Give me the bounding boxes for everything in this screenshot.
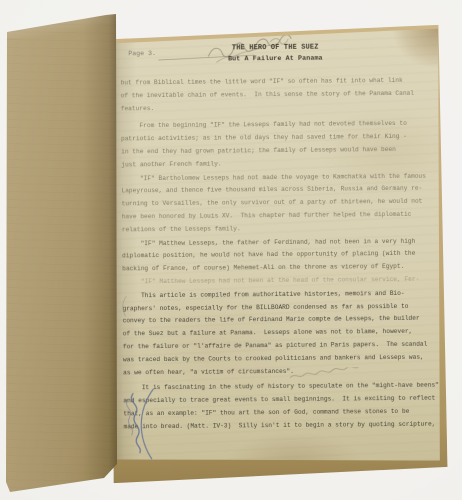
typed-line: made into bread. (Matt. IV-3) Silly isn'… — [124, 418, 440, 434]
page-number: Page 3. — [128, 50, 156, 57]
typed-line: in the end they had grown patriotic; the… — [121, 144, 437, 160]
typed-paragraph: From the beginning "IF" the Lesseps fami… — [121, 118, 437, 172]
typed-line: as we often hear, "a victim of circumsta… — [123, 364, 439, 380]
page-subtitle: But A Failure At Panama — [220, 53, 330, 64]
typed-text-body: but from Biblical times the little word … — [121, 75, 440, 435]
page-title: THE HERO OF THE SUEZ — [220, 43, 330, 54]
manuscript-page: Page 3. THE HERO OF THE SUEZ But A Failu… — [108, 29, 444, 468]
typed-paragraph: "IF" Bartholomew Lesseps had not made th… — [121, 170, 438, 237]
typed-paragraph: but from Biblical times the little word … — [121, 75, 437, 116]
header-title-block: THE HERO OF THE SUEZ But A Failure At Pa… — [220, 43, 330, 65]
typed-paragraph: It is fascinating in the study of histor… — [123, 380, 439, 434]
cover-fold-shadow — [2, 12, 118, 496]
typed-line: have been honored by Louis XV. This chap… — [122, 209, 438, 225]
folder-front-cover — [2, 12, 118, 496]
typed-paragraph: This article is compiled from authoritat… — [122, 287, 439, 379]
typed-paragraph: "IF" Matthew Lesseps, the father of Ferd… — [122, 235, 438, 276]
photo-background: Page 3. THE HERO OF THE SUEZ But A Failu… — [0, 0, 462, 500]
